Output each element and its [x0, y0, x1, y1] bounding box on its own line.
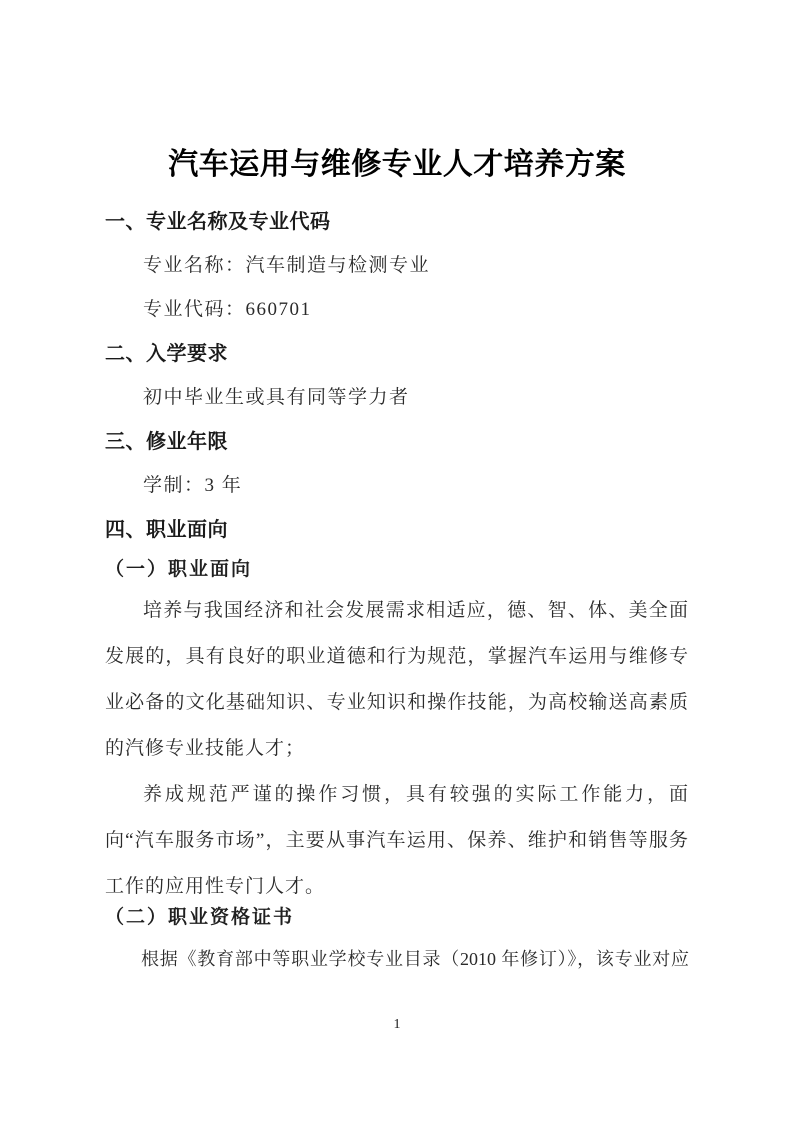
document-title: 汽车运用与维修专业人才培养方案	[105, 146, 689, 184]
section-heading-career-orientation: 四、职业面向	[105, 508, 689, 552]
major-name-line: 专业名称：汽车制造与检测专业	[105, 244, 689, 288]
section-study-duration: 三、修业年限 学制：3 年	[105, 420, 689, 508]
section-major-name-code: 一、专业名称及专业代码 专业名称：汽车制造与检测专业 专业代码：660701	[105, 200, 689, 332]
paragraph-training-goal: 培养与我国经济和社会发展需求相适应，德、智、体、美全面发展的，具有良好的职业道德…	[105, 588, 689, 772]
document-page: 汽车运用与维修专业人才培养方案 一、专业名称及专业代码 专业名称：汽车制造与检测…	[0, 0, 794, 1122]
subsection-heading-vocational-certificates: （二）职业资格证书	[105, 900, 689, 936]
section-heading-entry-requirements: 二、入学要求	[105, 332, 689, 376]
section-heading-major-name-code: 一、专业名称及专业代码	[105, 200, 689, 244]
entry-requirement-line: 初中毕业生或具有同等学力者	[105, 376, 689, 420]
subsection-heading-career-orientation: （一）职业面向	[105, 552, 689, 588]
section-heading-study-duration: 三、修业年限	[105, 420, 689, 464]
page-number: 1	[0, 1016, 794, 1034]
major-code-line: 专业代码：660701	[105, 288, 689, 332]
paragraph-work-habits: 养成规范严谨的操作习惯，具有较强的实际工作能力，面向“汽车服务市场”，主要从事汽…	[105, 772, 689, 910]
section-career-orientation: 四、职业面向 （一）职业面向 培养与我国经济和社会发展需求相适应，德、智、体、美…	[105, 508, 689, 982]
section-entry-requirements: 二、入学要求 初中毕业生或具有同等学力者	[105, 332, 689, 420]
schooling-length-line: 学制：3 年	[105, 464, 689, 508]
paragraph-certificate-basis: 根据《教育部中等职业学校专业目录（2010 年修订）》，该专业对应	[105, 936, 689, 982]
